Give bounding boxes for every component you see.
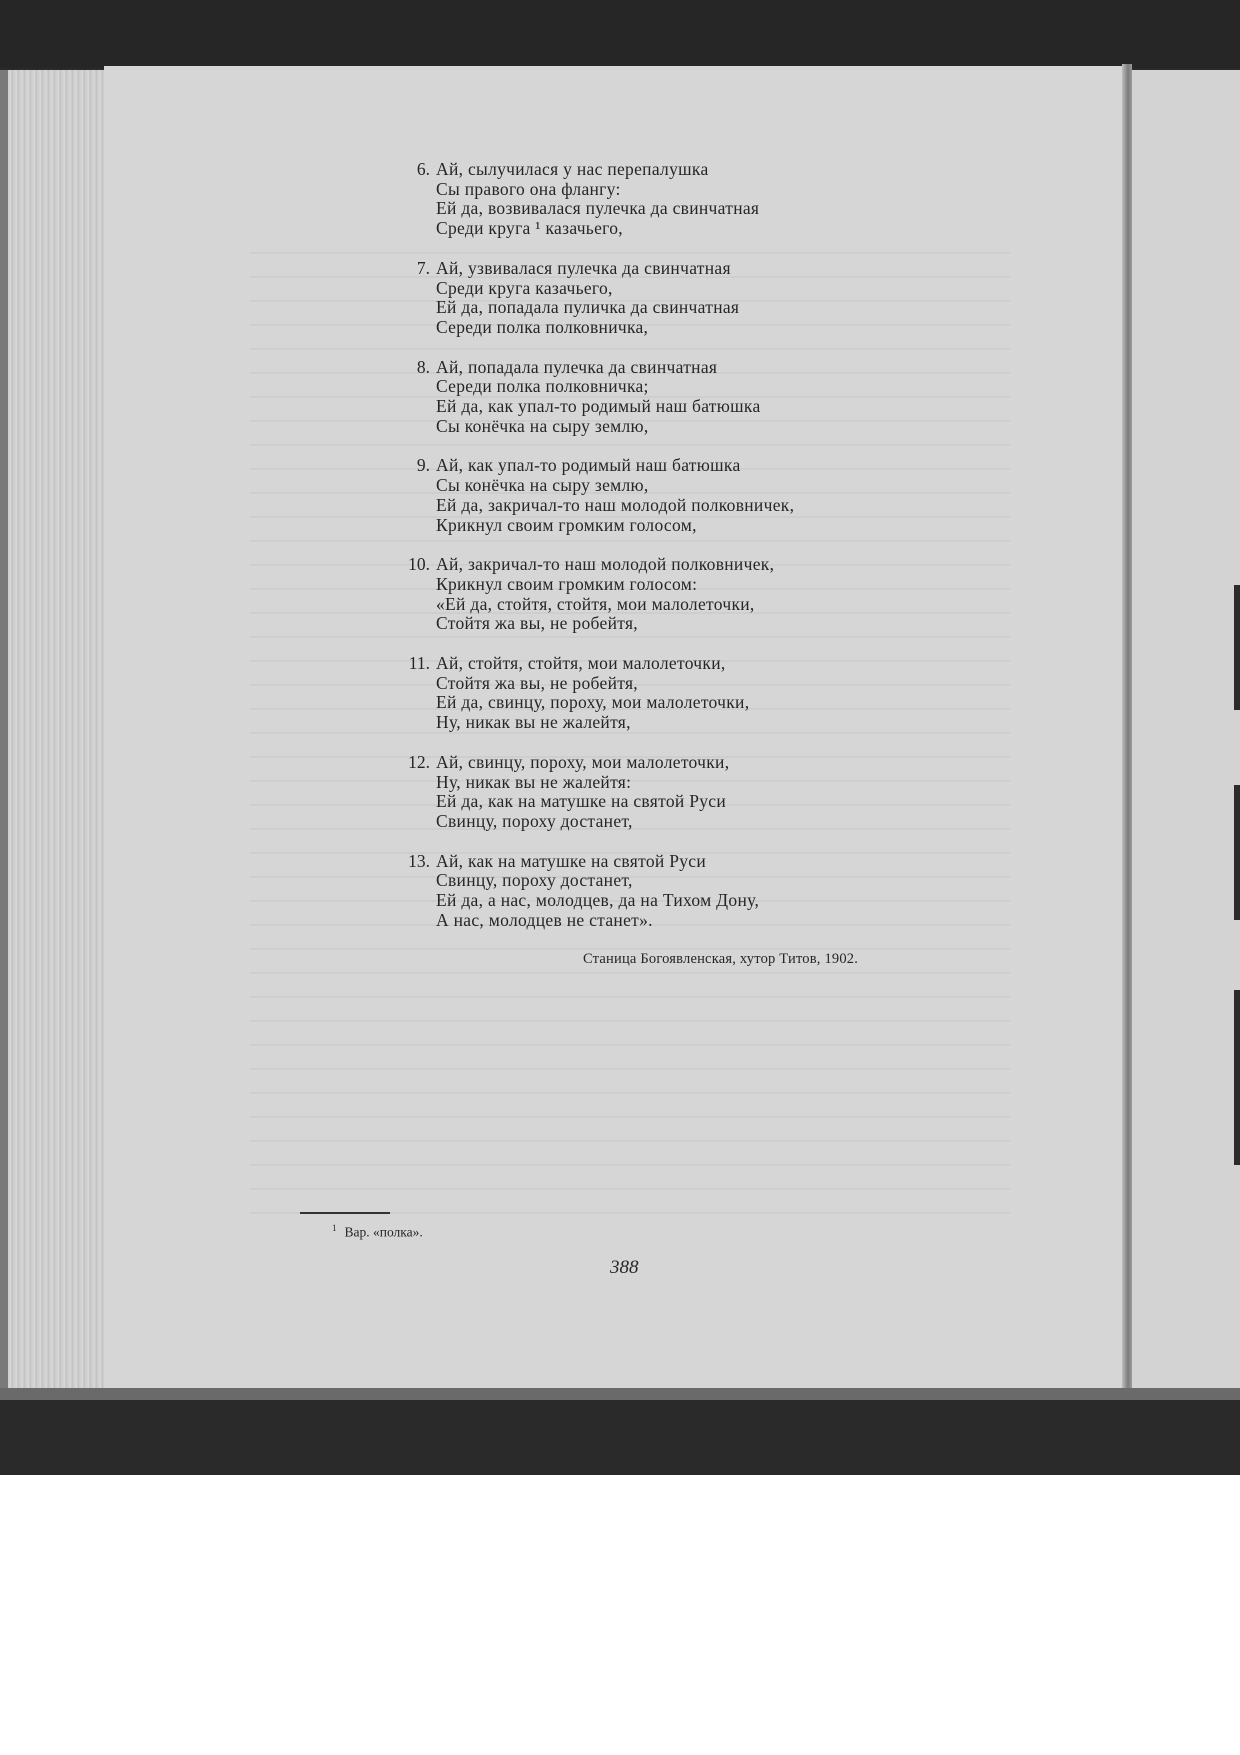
song-verses: 6.Ай, сылучилася у нас перепалушкаСы пра… xyxy=(400,160,940,951)
stanza-number: 9. xyxy=(400,456,430,476)
verse-line: Сы правого она флангу: xyxy=(436,180,940,200)
verse-line: Ну, никак вы не жалейтя, xyxy=(436,713,940,733)
stanza: 10.Ай, закричал-то наш молодой полковнич… xyxy=(400,555,940,634)
right-page-print-mark xyxy=(1234,585,1240,710)
verse-line: Ай, свинцу, пороху, мои малолеточки, xyxy=(436,753,940,773)
verse-line: Свинцу, пороху достанет, xyxy=(436,871,940,891)
right-page-print-mark xyxy=(1234,785,1240,920)
verse-line: «Ей да, стойтя, стойтя, мои малолеточки, xyxy=(436,595,940,615)
stanza: 11.Ай, стойтя, стойтя, мои малолеточки,С… xyxy=(400,654,940,733)
verse-line: Ай, стойтя, стойтя, мои малолеточки, xyxy=(436,654,940,674)
verse-line: Сы конёчка на сыру землю, xyxy=(436,417,940,437)
book-scan: 6.Ай, сылучилася у нас перепалушкаСы пра… xyxy=(0,0,1240,1475)
verse-line: Ей да, как упал-то родимый наш батюшка xyxy=(436,397,940,417)
stanza: 13.Ай, как на матушке на святой РусиСвин… xyxy=(400,852,940,931)
verse-line: Среди круга казачьего, xyxy=(436,279,940,299)
stanza: 6.Ай, сылучилася у нас перепалушкаСы пра… xyxy=(400,160,940,239)
verse-line: Ей да, как на матушке на святой Руси xyxy=(436,792,940,812)
right-page xyxy=(1132,70,1240,1388)
verse-line: Ей да, возвивалася пулечка да свинчатная xyxy=(436,199,940,219)
verse-line: Крикнул своим громким голосом: xyxy=(436,575,940,595)
verse-line: Ей да, а нас, молодцев, да на Тихом Дону… xyxy=(436,891,940,911)
stanza-number: 6. xyxy=(400,160,430,180)
footnote-text: Вар. «полка». xyxy=(345,1225,423,1240)
stanza-number: 8. xyxy=(400,358,430,378)
stanza-number: 7. xyxy=(400,259,430,279)
stanza-number: 10. xyxy=(400,555,430,575)
right-page-print-mark xyxy=(1234,990,1240,1165)
verse-line: Ай, закричал-то наш молодой полковничек, xyxy=(436,555,940,575)
verse-line: Ну, никак вы не жалейтя: xyxy=(436,773,940,793)
verse-line: Стойтя жа вы, не робейтя, xyxy=(436,614,940,634)
stanza: 12.Ай, свинцу, пороху, мои малолеточки,Н… xyxy=(400,753,940,832)
stanza: 7.Ай, узвивалася пулечка да свинчатнаяСр… xyxy=(400,259,940,338)
page-number: 388 xyxy=(610,1257,639,1279)
background-dark-top xyxy=(0,0,1240,68)
verse-line: Середи полка полковничка, xyxy=(436,318,940,338)
verse-line: Ай, как на матушке на святой Руси xyxy=(436,852,940,872)
verse-line: Ай, сылучилася у нас перепалушка xyxy=(436,160,940,180)
verse-line: Свинцу, пороху достанет, xyxy=(436,812,940,832)
verse-line: Ай, как упал-то родимый наш батюшка xyxy=(436,456,940,476)
stanza: 9.Ай, как упал-то родимый наш батюшкаСы … xyxy=(400,456,940,535)
verse-line: Ей да, закричал-то наш молодой полковнич… xyxy=(436,496,940,516)
stanza-number: 13. xyxy=(400,852,430,872)
verse-line: Середи полка полковничка; xyxy=(436,377,940,397)
verse-line: Ей да, попадала пуличка да свинчатная xyxy=(436,298,940,318)
verse-line: Стойтя жа вы, не робейтя, xyxy=(436,674,940,694)
verse-line: Сы конёчка на сыру землю, xyxy=(436,476,940,496)
footnote: 1Вар. «полка». xyxy=(332,1223,423,1241)
verse-line: Ей да, свинцу, пороху, мои малолеточки, xyxy=(436,693,940,713)
footnote-marker: 1 xyxy=(332,1223,337,1233)
verse-line: Среди круга ¹ казачьего, xyxy=(436,219,940,239)
page-bottom-edge xyxy=(0,1388,1240,1400)
verse-line: Ай, узвивалася пулечка да свинчатная xyxy=(436,259,940,279)
book-gutter xyxy=(1122,64,1132,1390)
verse-line: Крикнул своим громким голосом, xyxy=(436,516,940,536)
verse-line: А нас, молодцев не станет». xyxy=(436,911,940,931)
stanza-number: 12. xyxy=(400,753,430,773)
verse-line: Ай, попадала пулечка да свинчатная xyxy=(436,358,940,378)
footnote-rule xyxy=(300,1212,390,1214)
stanza-number: 11. xyxy=(400,654,430,674)
stanza: 8.Ай, попадала пулечка да свинчатнаяСере… xyxy=(400,358,940,437)
book-page-edges xyxy=(0,70,104,1390)
source-attribution: Станица Богоявленская, хутор Титов, 1902… xyxy=(583,951,858,968)
